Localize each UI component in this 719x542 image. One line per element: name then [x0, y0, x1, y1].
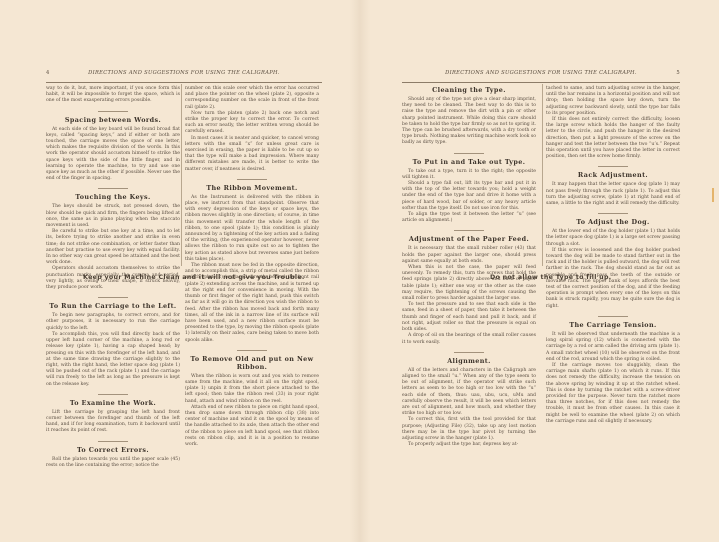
paragraph: Attach end of new ribbon to piece on rig…: [185, 405, 319, 448]
paragraph: To begin new paragraphs, to correct erro…: [46, 313, 180, 332]
page-footer: Do not allow the Type to fill up.: [490, 274, 611, 281]
section-heading: To Put in and Take out Type.: [402, 158, 536, 166]
left-page: 4 Directions and Suggestions for Using t…: [0, 0, 360, 542]
paragraph: When the ribbon is worn out and you wish…: [185, 374, 319, 405]
paragraph: To test the pressure and to see that eac…: [402, 302, 536, 333]
paragraph: All of the letters and characters in the…: [402, 368, 536, 418]
section-heading: Alignment.: [402, 357, 536, 365]
book-spread: 4 Directions and Suggestions for Using t…: [0, 0, 719, 542]
section-examine-work: To Examine the Work. Lift the carriage b…: [46, 394, 180, 435]
paragraph: In most cases it is neater and quicker, …: [185, 136, 319, 173]
section-heading: Touching the Keys.: [46, 193, 180, 201]
section-rule: [237, 179, 267, 180]
page-number: 5: [676, 70, 680, 76]
paragraph: Be careful to strike but one key at a ti…: [46, 229, 180, 266]
section-heading: Adjustment of the Paper Feed.: [402, 235, 536, 243]
page-footer: Keep your Machine Clean and it will not …: [83, 274, 305, 281]
section-heading: To Remove Old and put on New Ribbon.: [185, 355, 319, 371]
section-rule: [98, 297, 128, 298]
section-spacing-between-words: Spacing between Words. At each side of t…: [46, 111, 180, 183]
section-heading: To Correct Errors.: [46, 446, 180, 454]
paragraph: It is necessary that the small rubber ro…: [402, 246, 536, 265]
column-2: number on this scale over which the erro…: [185, 86, 319, 448]
column-1: Cleaning the Type. Should any of the typ…: [402, 86, 536, 448]
paragraph: It will be observed that underneath the …: [546, 332, 680, 363]
paragraph: To accomplish this, you will find direct…: [46, 332, 180, 388]
section-rule: [454, 153, 484, 154]
section-cleaning-type: Cleaning the Type. Should any of the typ…: [402, 86, 536, 147]
section-rule: [598, 213, 628, 214]
section-heading: To Run the Carriage to the Left.: [46, 302, 180, 310]
running-title: Directions and Suggestions for Using the…: [402, 70, 680, 76]
paragraph: When this is not the case, the paper wil…: [402, 265, 536, 302]
paragraph: Now turn the platen (plate 2) back one n…: [185, 111, 319, 136]
paragraph: To properly adjust the type bar, depress…: [402, 442, 536, 448]
column-divider: [542, 84, 543, 266]
section-heading: The Carriage Tension.: [546, 321, 680, 329]
section-heading: To Adjust the Dog.: [546, 218, 680, 226]
paragraph: To take out a type, turn it to the right…: [402, 169, 536, 181]
section-rule: [98, 188, 128, 189]
section-rule: [454, 230, 484, 231]
header-rule: [402, 82, 680, 83]
section-rule: [237, 350, 267, 351]
paragraph: Roll the platen towards you until the pa…: [46, 457, 180, 469]
section-remove-ribbon: To Remove Old and put on New Ribbon. Whe…: [185, 350, 319, 448]
running-head: Directions and Suggestions for Using the…: [402, 70, 680, 82]
section-ribbon-movement: The Ribbon Movement. As the Instrument i…: [185, 179, 319, 344]
paragraph: To correct this, first with the tool pro…: [402, 417, 536, 442]
section-rule: [598, 316, 628, 317]
section-rule: [598, 166, 628, 167]
paragraph: number on this scale over which the erro…: [185, 86, 319, 111]
paragraph: way to do it, but, more important, if yo…: [46, 86, 180, 105]
section-alignment: Alignment. All of the letters and charac…: [402, 352, 536, 449]
column-2: tached to same, and turn adjusting screw…: [546, 86, 680, 425]
section-put-take-type: To Put in and Take out Type. To take out…: [402, 153, 536, 225]
paragraph: As the Instrument is delivered with the …: [185, 195, 319, 263]
paragraph: At each side of the key board will be fo…: [46, 127, 180, 183]
header-rule: [46, 82, 322, 83]
page-edge-tab: [712, 188, 714, 202]
section-adjust-dog: To Adjust the Dog. At the lower end of t…: [546, 213, 680, 310]
paragraph: If the carriage moves too sluggishly, cl…: [546, 363, 680, 425]
paragraph: Should a type fall out, lift its type ba…: [402, 181, 536, 212]
paragraph: To align the type test it between the le…: [402, 212, 536, 224]
running-title: Directions and Suggestions for Using the…: [46, 70, 322, 76]
section-rule: [98, 111, 128, 112]
running-head: 4 Directions and Suggestions for Using t…: [46, 70, 322, 82]
section-heading: The Ribbon Movement.: [185, 184, 319, 192]
section-rule: [454, 352, 484, 353]
right-page: Directions and Suggestions for Using the…: [360, 0, 719, 542]
paragraph: If this does not entirely correct the di…: [546, 117, 680, 160]
column-divider: [181, 84, 182, 266]
paragraph: The keys should be struck, not pressed d…: [46, 204, 180, 229]
section-rule: [98, 441, 128, 442]
paragraph: A drop of oil on the bearings of the sma…: [402, 333, 536, 345]
section-heading: Cleaning the Type.: [402, 86, 536, 94]
section-heading: Rack Adjustment.: [546, 171, 680, 179]
paragraph: Should any of the type not give a clear …: [402, 97, 536, 147]
section-rule: [98, 394, 128, 395]
section-heading: To Examine the Work.: [46, 399, 180, 407]
paragraph: tached to same, and turn adjusting screw…: [546, 86, 680, 117]
section-run-carriage-left: To Run the Carriage to the Left. To begi…: [46, 297, 180, 387]
section-carriage-tension: The Carriage Tension. It will be observe…: [546, 316, 680, 425]
section-rack-adjustment: Rack Adjustment. It may happen that the …: [546, 166, 680, 207]
section-heading: Spacing between Words.: [46, 116, 180, 124]
paragraph: At the lower end of the dog holder (plat…: [546, 229, 680, 248]
paragraph: It may happen that the letter space dog …: [546, 182, 680, 207]
section-correct-errors: To Correct Errors. Roll the platen towar…: [46, 441, 180, 469]
paragraph: Lift the carriage by grasping the left h…: [46, 410, 180, 435]
section-paper-feed: Adjustment of the Paper Feed. It is nece…: [402, 230, 536, 345]
